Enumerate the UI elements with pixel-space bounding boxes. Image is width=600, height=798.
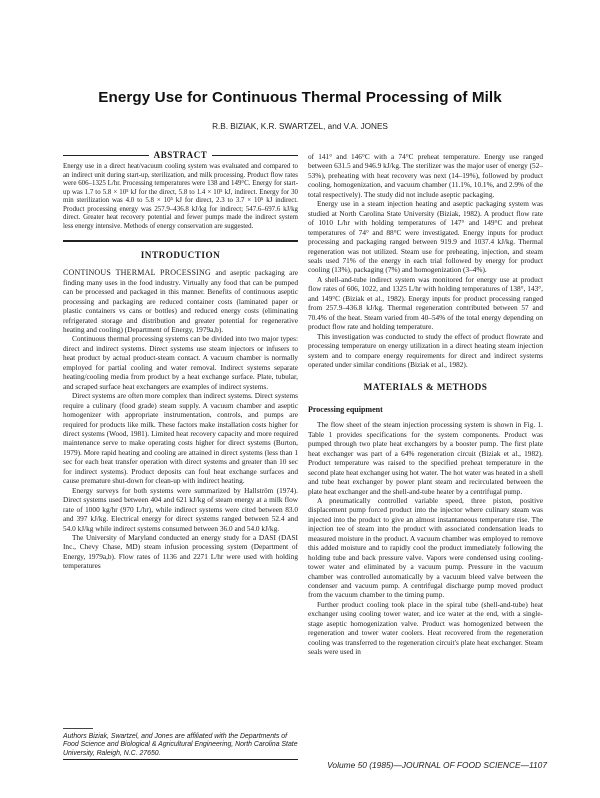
abstract-rule-right xyxy=(212,155,298,156)
abstract-heading: ABSTRACT xyxy=(63,151,298,160)
body-paragraph: This investigation was conducted to stud… xyxy=(308,332,543,370)
methods-paragraph: Further product cooling took place in th… xyxy=(308,600,543,657)
author-affiliation-footnote: Authors Biziak, Swartzel, and Jones are … xyxy=(63,733,298,760)
paper-authors: R.B. BIZIAK, K.R. SWARTZEL, and V.A. JON… xyxy=(0,122,600,131)
footnote-rule xyxy=(63,728,93,729)
right-column: of 141° and 146°C with a 74°C preheat te… xyxy=(308,152,543,657)
intro-paragraph: CONTINOUS THERMAL PROCESSING and aseptic… xyxy=(63,268,298,334)
abstract-text: Energy use in a direct heat/vacuum cooli… xyxy=(63,163,298,231)
processing-equipment-subheading: Processing equipment xyxy=(308,405,543,414)
abstract-rule-left xyxy=(63,155,149,156)
introduction-heading: INTRODUCTION xyxy=(63,251,298,260)
methods-paragraph: A pneumatically controlled variable spee… xyxy=(308,496,543,600)
methods-paragraph: The flow sheet of the steam injection pr… xyxy=(308,420,543,496)
intro-lead: CONTINOUS THERMAL PROCESSING xyxy=(63,268,211,277)
paper-title: Energy Use for Continuous Thermal Proces… xyxy=(0,89,600,106)
abstract-divider xyxy=(63,240,298,241)
abstract-body: Energy use in a direct heat/vacuum cooli… xyxy=(63,163,298,231)
intro-paragraph: Energy surveys for both systems were sum… xyxy=(63,486,298,533)
body-paragraph: Energy use in a steam injection heating … xyxy=(308,199,543,275)
body-paragraph: of 141° and 146°C with a 74°C preheat te… xyxy=(308,152,543,199)
intro-paragraph: The University of Maryland conducted an … xyxy=(63,533,298,571)
materials-methods-heading: MATERIALS & METHODS xyxy=(308,383,543,392)
journal-footer: Volume 50 (1985)—JOURNAL OF FOOD SCIENCE… xyxy=(312,760,547,770)
body-paragraph: A shell-and-tube indirect system was mon… xyxy=(308,275,543,332)
intro-paragraph: Direct systems are often more complex th… xyxy=(63,391,298,486)
intro-paragraph: Continuous thermal processing systems ca… xyxy=(63,334,298,391)
left-column: ABSTRACT Energy use in a direct heat/vac… xyxy=(63,151,298,571)
